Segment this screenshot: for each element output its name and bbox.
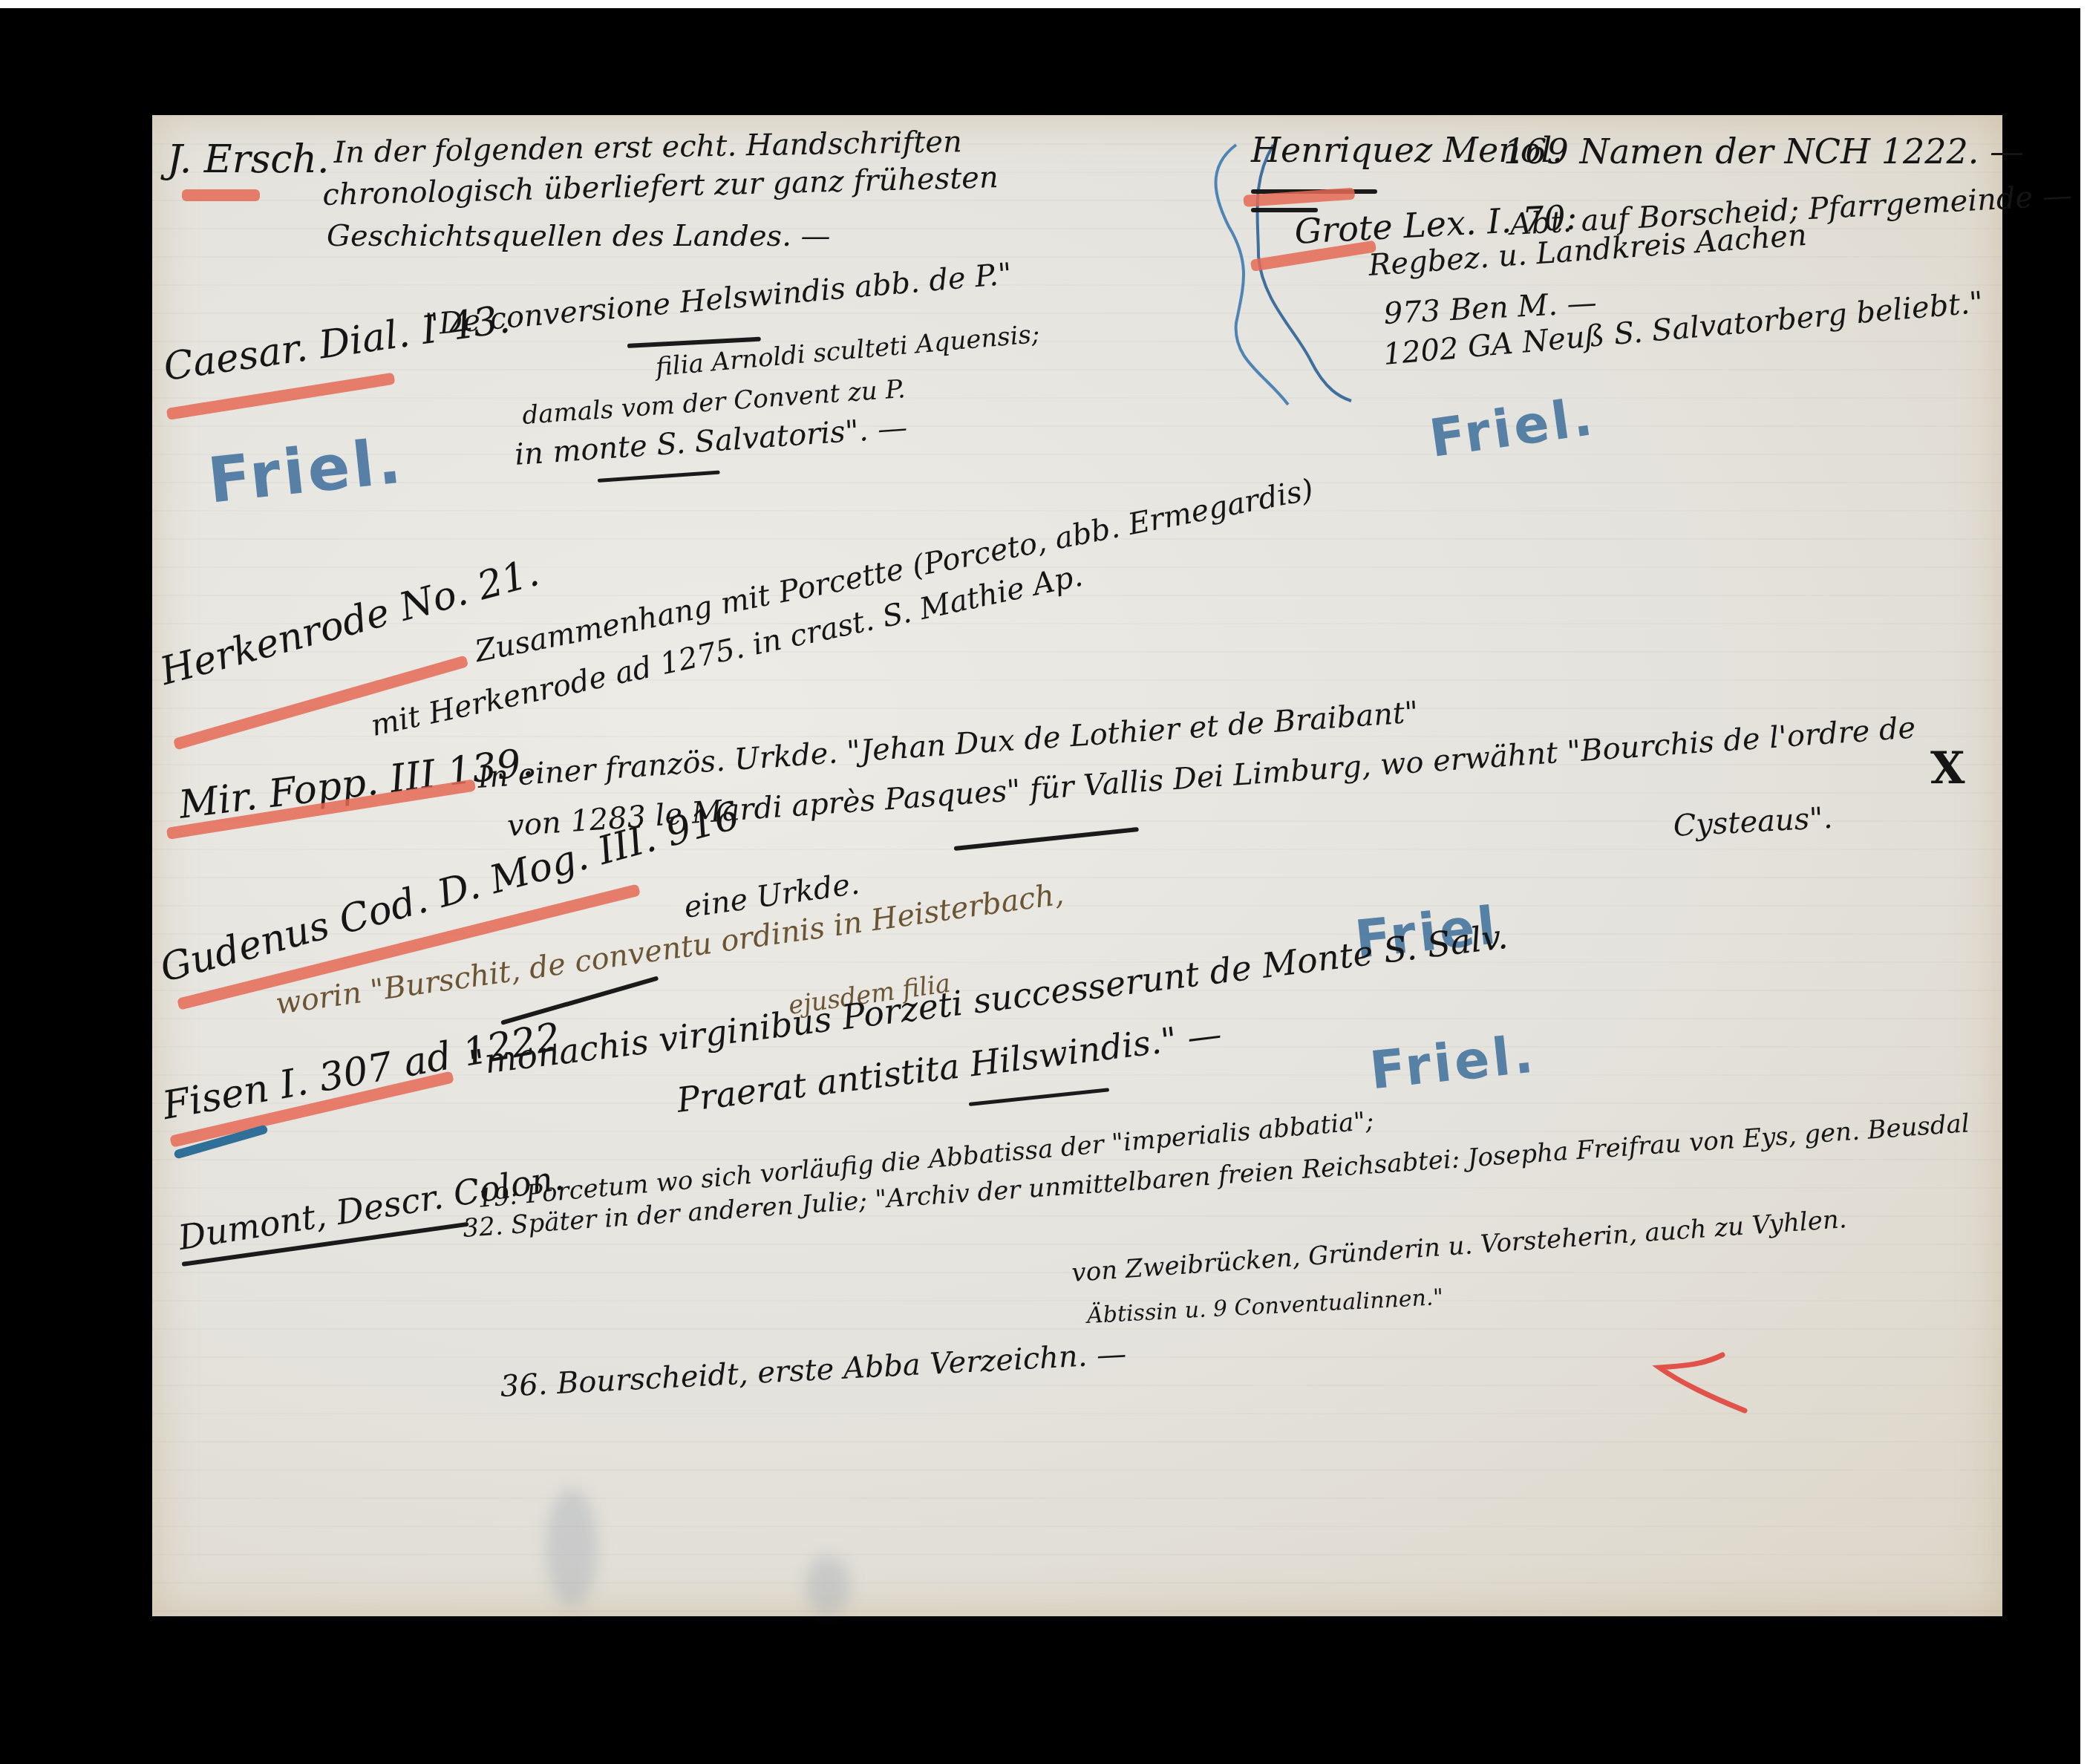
reference-ersch: J. Ersch. — [167, 137, 330, 182]
scan-top-border — [0, 0, 2087, 8]
annotation-friel: Friel. — [205, 424, 408, 517]
blue-pencil-bracket — [1192, 137, 1355, 434]
reference-herkenrode: Herkenrode No. 21. — [155, 550, 543, 694]
black-underline — [598, 470, 720, 482]
entry-line: Äbtissin u. 9 Conventualinnen." — [1086, 1284, 1444, 1329]
entry-line: Zusammenhang mit Porcette (Porceto, abb.… — [472, 473, 1316, 669]
ink-smudge — [546, 1489, 598, 1607]
red-arrow-mark — [1648, 1351, 1760, 1418]
red-underline — [182, 189, 260, 201]
entry-text: 169 Namen der NCH 1222. — — [1503, 131, 2024, 171]
entry-sub-line: 36. Bourscheidt, erste Abba Verzeichn. — — [500, 1337, 1128, 1404]
entry-line: Geschichtsquellen des Landes. — — [327, 219, 831, 253]
scan-right-border — [2080, 0, 2087, 1764]
manuscript-page: J. Ersch. In der folgenden erst echt. Ha… — [152, 115, 2002, 1616]
ink-smudge — [806, 1555, 850, 1615]
black-underline — [954, 827, 1139, 851]
entry-line: von Zweibrücken, Gründerin u. Vorsteheri… — [1071, 1204, 1848, 1288]
entry-line: Cysteaus". — [1673, 801, 1834, 843]
annotation-friel: Friel. — [1425, 386, 1598, 469]
cross-mark: X — [1930, 742, 1965, 794]
entry-line: filia Arnoldi sculteti Aquensis; — [655, 319, 1041, 382]
black-underline — [969, 1088, 1109, 1106]
annotation-friel: Friel. — [1367, 1024, 1538, 1102]
